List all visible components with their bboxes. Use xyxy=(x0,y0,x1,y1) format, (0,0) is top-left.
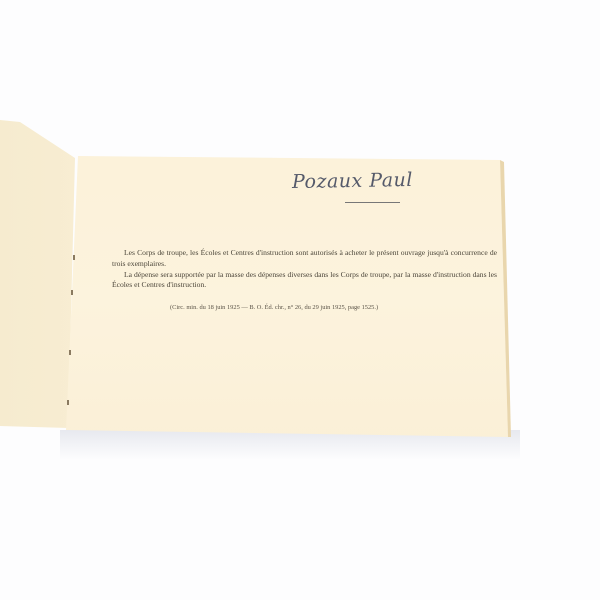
binding-stitch xyxy=(73,255,75,260)
binding-stitch xyxy=(71,290,73,295)
notice-paragraph-2: La dépense sera supportée par la masse d… xyxy=(112,270,497,292)
handwritten-signature: Pozaux Paul xyxy=(292,169,413,193)
notice-paragraph-1: Les Corps de troupe, les Écoles et Centr… xyxy=(112,248,497,270)
circular-reference: (Circ. min. du 18 juin 1925 — B. O. Éd. … xyxy=(170,304,378,311)
signature-underline xyxy=(345,202,400,203)
right-page xyxy=(0,0,600,600)
binding-stitch xyxy=(67,400,69,405)
binding-stitch xyxy=(69,350,71,355)
printed-notice: Les Corps de troupe, les Écoles et Centr… xyxy=(112,248,497,291)
